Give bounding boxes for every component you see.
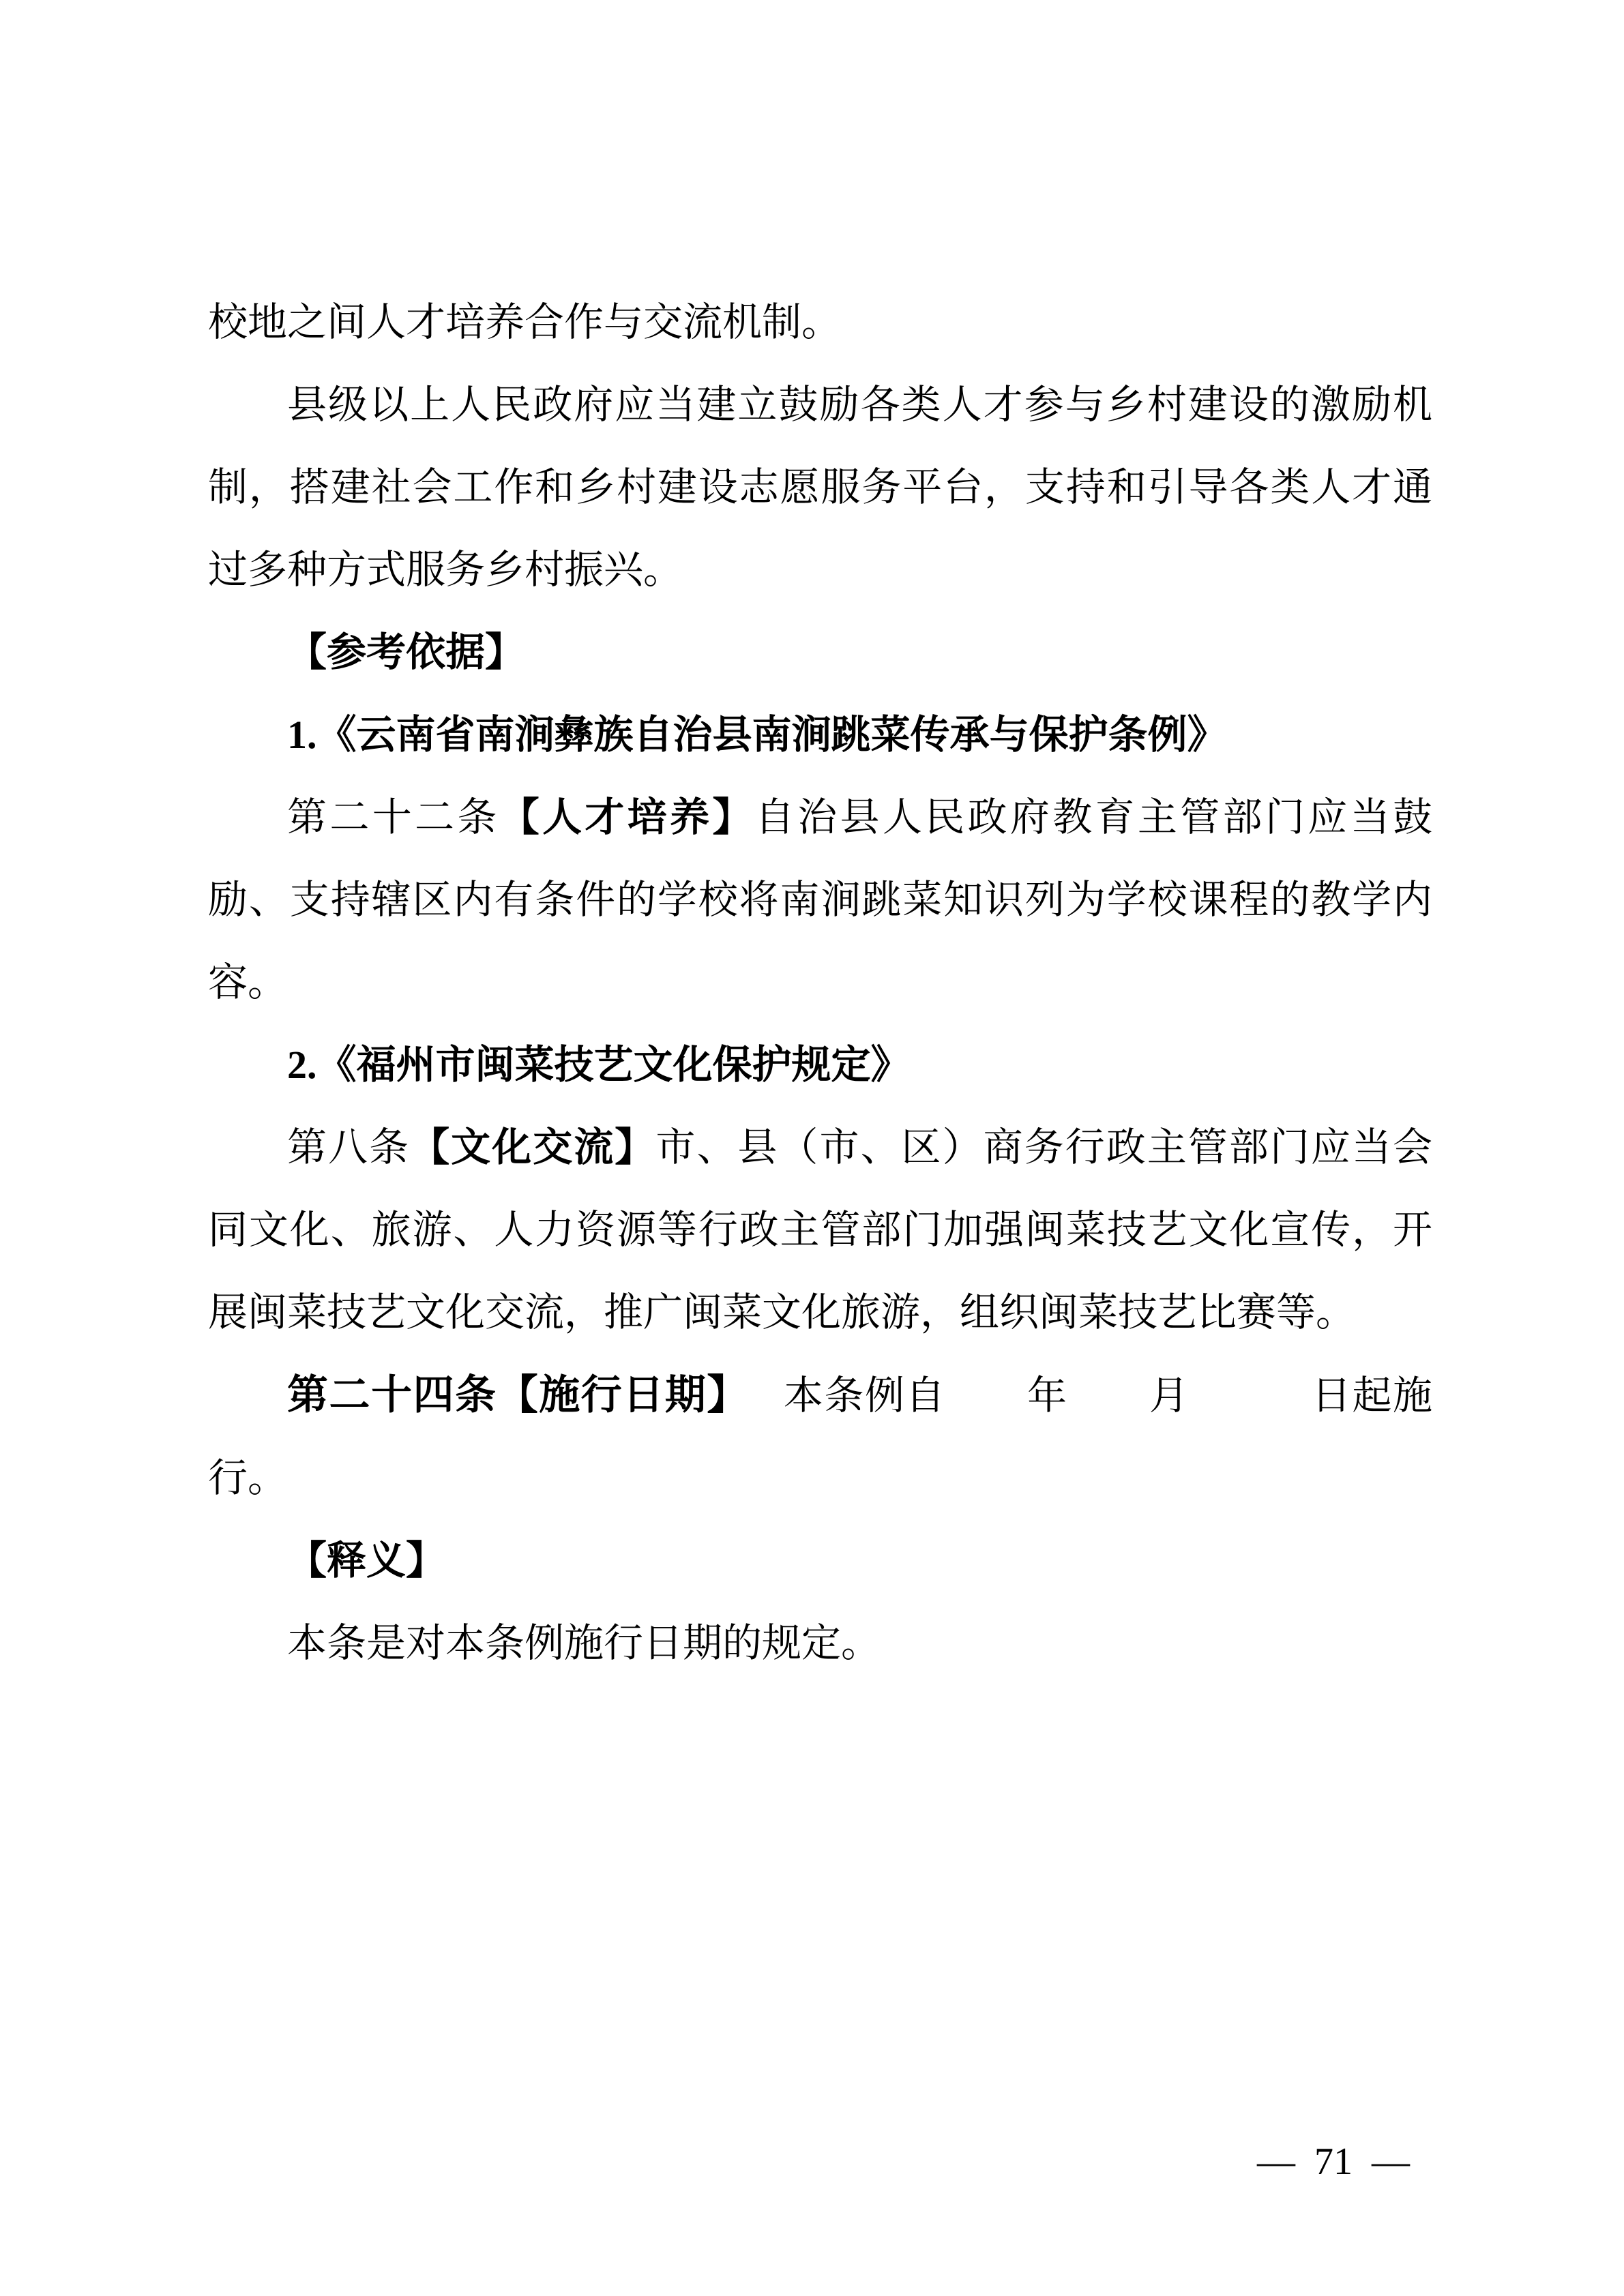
article-22-number: 第二十二条 (287, 795, 500, 839)
page-footer: —71— (1247, 2140, 1419, 2183)
footer-dash-right: — (1362, 2141, 1419, 2183)
article-8-number: 第八条 (287, 1125, 410, 1169)
article-22-tag: 【人才培养】 (500, 795, 755, 839)
article-24-heading: 第二十四条【施行日期】 (287, 1372, 749, 1418)
article-8-tag: 【文化交流】 (410, 1125, 655, 1169)
document-page: 校地之间人才培养合作与交流机制。 县级以上人民政府应当建立鼓励各类人才参与乡村建… (0, 0, 1624, 2296)
reference-item-1-article: 第二十二条【人才培养】自治县人民政府教育主管部门应当鼓励、支持辖区内有条件的学校… (208, 776, 1432, 1024)
reference-item-2-article: 第八条【文化交流】市、县（市、区）商务行政主管部门应当会同文化、旅游、人力资源等… (208, 1106, 1432, 1354)
paragraph-interpretation: 本条是对本条例施行日期的规定。 (208, 1602, 1432, 1684)
footer-dash-left: — (1247, 2141, 1305, 2183)
reference-item-1-title: 1.《云南省南涧彝族自治县南涧跳菜传承与保护条例》 (208, 694, 1432, 776)
page-number: 71 (1305, 2141, 1362, 2183)
document-body: 校地之间人才培养合作与交流机制。 县级以上人民政府应当建立鼓励各类人才参与乡村建… (208, 281, 1432, 1684)
paragraph-talent-incentive: 县级以上人民政府应当建立鼓励各类人才参与乡村建设的激励机制，搭建社会工作和乡村建… (208, 363, 1432, 611)
article-24-line: 第二十四条【施行日期】本条例自 年 月 日起施行。 (208, 1354, 1432, 1519)
heading-reference-basis: 【参考依据】 (208, 611, 1432, 694)
paragraph-continuation: 校地之间人才培养合作与交流机制。 (208, 281, 1432, 363)
reference-item-2-title: 2.《福州市闽菜技艺文化保护规定》 (208, 1024, 1432, 1106)
heading-interpretation: 【释义】 (208, 1519, 1432, 1602)
